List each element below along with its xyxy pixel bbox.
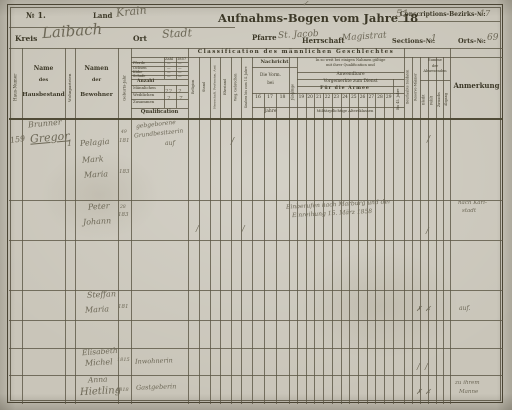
grid-line	[450, 48, 451, 404]
grid-line	[306, 93, 307, 404]
abwesende-head-2: der	[420, 65, 450, 69]
col-beurlaubte: Beurlaubte Soldaten	[404, 58, 412, 116]
grid-line	[367, 93, 368, 404]
col-bewohner-3: Bewohner	[75, 92, 118, 98]
col-bleibt: Bleibt	[420, 84, 428, 116]
birth-year: 181	[118, 305, 129, 311]
age-cell: 24	[341, 96, 350, 106]
anwendbare-label: Anwendbare	[297, 73, 404, 78]
kreis-label: Kreis	[15, 35, 37, 43]
age-cell: 27	[367, 96, 376, 106]
grid-line	[393, 79, 394, 404]
vormerkung-label-2: bei	[252, 81, 289, 85]
qualification-label: Qualification	[131, 110, 188, 115]
anmerkung-entry: zu ihrem	[455, 381, 480, 387]
tally-mark: /	[242, 225, 245, 233]
resident-name: Maria	[84, 170, 109, 180]
altersklassen-label: Militärpflichtige Altersklassen	[297, 110, 393, 114]
anmerkung-entry: stadt	[462, 209, 476, 215]
abwesende-head-1: Summe	[420, 59, 450, 63]
grid-line	[341, 93, 342, 404]
resident-name: Mark	[82, 155, 104, 165]
age-cell: 26	[358, 96, 367, 106]
grid-line	[375, 93, 376, 404]
conscription-label: Conscriptions-Bezirks-№:	[400, 12, 486, 18]
orts-number: 69	[487, 34, 498, 43]
tally-mark: /	[196, 225, 199, 233]
age-cell: 28	[376, 96, 385, 106]
tally-mark: /	[425, 363, 428, 371]
tally-mark: ✗	[416, 389, 422, 396]
grid-line	[75, 48, 76, 404]
col-juenglinge: Jünglinge	[289, 68, 297, 116]
grid-line	[131, 48, 132, 404]
birth-year: 28	[120, 206, 126, 211]
check-mark: ✓	[302, 0, 309, 8]
age-cell: 23	[332, 96, 341, 106]
orts-label: Orts-№:	[458, 38, 486, 45]
col-stand: Stand	[199, 59, 210, 115]
resident-name: Peter	[88, 202, 110, 212]
birth-year: 1815	[117, 358, 130, 363]
armee-age-row: 19 20 21 22 23 24 25 26 27 28 29	[297, 96, 393, 106]
anmerkung-entry: Manne	[459, 390, 478, 396]
age-18: 18	[276, 96, 289, 101]
resident-name: Johann	[83, 217, 112, 227]
col-bis-45: Bis 45. Jahre	[393, 80, 404, 118]
grid-line	[420, 80, 450, 81]
jahre-label: Jahre	[252, 110, 289, 115]
summary-maennlich: Männlichen	[133, 86, 156, 90]
grid-line	[176, 85, 177, 108]
tally-mark: /	[426, 227, 429, 235]
classification-note-2: mit ihrer Qualification und	[297, 64, 404, 68]
age-cell: 25	[349, 96, 358, 106]
grid-line	[264, 93, 265, 404]
age-cell: 29	[384, 96, 393, 106]
tally-mark: ✗	[425, 389, 431, 396]
grid-line	[314, 93, 315, 404]
col-ehestand: Ehestand	[220, 59, 231, 115]
qualification-note: Inwohnerin	[135, 357, 173, 365]
birth-year: 183	[119, 170, 130, 176]
col-reserve: Reserve-Männer	[412, 58, 420, 116]
anmerkung-entry: nach Karl-	[458, 201, 487, 207]
herrschaft-label: Herrschaft	[302, 37, 345, 44]
age-cell: 19	[297, 96, 306, 106]
age-16: 16	[252, 96, 264, 101]
summary-count: 22	[165, 90, 172, 96]
grid-line	[349, 93, 350, 404]
grid-line	[358, 93, 359, 404]
col-name-3: Hausbestand	[22, 92, 65, 98]
birth-year: 49	[121, 131, 127, 136]
age-cell: 22	[323, 96, 332, 106]
anmerkung-label: Anmerkung	[450, 82, 503, 89]
summary-weiblich: Weiblichen	[133, 93, 154, 97]
ort-value: Stadt	[162, 27, 193, 40]
summary-zusammen: Zusammen	[133, 100, 154, 104]
tally-mark: /	[417, 363, 420, 371]
age-17: 17	[264, 96, 276, 101]
grid-line	[9, 375, 503, 376]
fuer-die-armee-label: Für die Armee	[297, 87, 393, 92]
birth-year: 1818	[116, 388, 129, 393]
ort-label: Ort	[133, 35, 147, 43]
grid-line	[9, 290, 503, 291]
form-title: Aufnahms-Bogen vom Jahre 18	[218, 12, 418, 24]
grid-line	[9, 118, 503, 120]
vormerkung-label-1: Die Vorm.	[252, 73, 289, 77]
section-label: Sections-№:	[392, 38, 435, 45]
birth-year: 183	[118, 213, 129, 219]
col-religion: Religion	[188, 59, 199, 115]
party-count: 1	[67, 140, 72, 148]
resident-name: Michel	[85, 358, 113, 368]
age-cell: 21	[314, 96, 323, 106]
sheet-number: № 1.	[26, 11, 46, 19]
resident-name: Anna	[88, 375, 108, 384]
tally-mark: /	[427, 136, 430, 145]
grid-line	[9, 240, 503, 241]
classification-note-1: In so weit bei einigen Nahmen gültige	[297, 59, 404, 63]
birth-year: 181	[119, 139, 130, 145]
summary-dash: —	[178, 75, 182, 79]
tally-mark: ✗	[425, 306, 431, 313]
grid-line	[323, 93, 324, 404]
resident-name: Maria	[85, 305, 110, 315]
section-number: 1	[431, 35, 437, 44]
col-herrschaft-profession: Herrschaft, Profession, Amt	[210, 59, 220, 115]
col-bewohner-2: der	[75, 78, 118, 83]
tally-mark: /	[231, 138, 234, 147]
resident-name: Steffan	[87, 290, 116, 300]
abwesende-head-3: Abwesenden	[420, 70, 450, 74]
grid-line	[252, 107, 404, 108]
summary-dash: —	[167, 75, 171, 79]
summary-count: 7	[179, 97, 183, 103]
grid-line	[332, 93, 333, 404]
col-name-2: des	[22, 78, 65, 83]
anmerkung-entry: auf.	[459, 306, 470, 312]
qualification-note: auf	[165, 141, 175, 147]
pfarre-label: Pfarre	[252, 34, 277, 41]
vorgemerkte-label: Vorgemerkte zum Dienst	[297, 80, 404, 85]
col-wohnparteien: Wohnparteien	[65, 60, 75, 115]
census-sheet-scan: № 1. Land Krain ✓ Aufnahms-Bogen vom Jah…	[0, 0, 512, 410]
col-haus-nummer: Haus-Numer	[9, 60, 22, 115]
grid-line	[384, 93, 385, 404]
col-geburtsjahr: Geburts-Jahr	[118, 60, 131, 115]
qualification-note: Gastgeberin	[136, 383, 177, 391]
grid-line	[22, 48, 23, 404]
summary-count: 2	[167, 97, 171, 103]
col-gebrechen: Weg. Gebrechen	[231, 59, 241, 115]
grid-line	[9, 200, 503, 201]
summary-anzahl-label: Anzahl	[137, 80, 154, 85]
grid-line	[252, 93, 404, 94]
col-zuwachs: Zuwachs	[436, 84, 443, 116]
col-bewohner-1: Namen	[75, 66, 118, 72]
col-fehlt: Fehlt	[428, 84, 436, 116]
age-cell: 20	[306, 96, 315, 106]
grid-line	[276, 93, 277, 404]
grid-line	[9, 320, 503, 321]
tally-mark: ✗	[416, 306, 422, 313]
col-name-1: Name	[22, 66, 65, 72]
conscription-number: 17	[480, 10, 490, 18]
col-abgang: Abgang	[443, 84, 450, 116]
summary-count: 2	[178, 90, 182, 96]
nachricht-label: Nachricht	[252, 60, 297, 65]
col-knaben: Knaben bis zum 14. Jahre	[241, 59, 252, 115]
land-label: Land	[93, 12, 112, 19]
classification-band: Classification des männlichen Geschlecht…	[188, 50, 404, 56]
